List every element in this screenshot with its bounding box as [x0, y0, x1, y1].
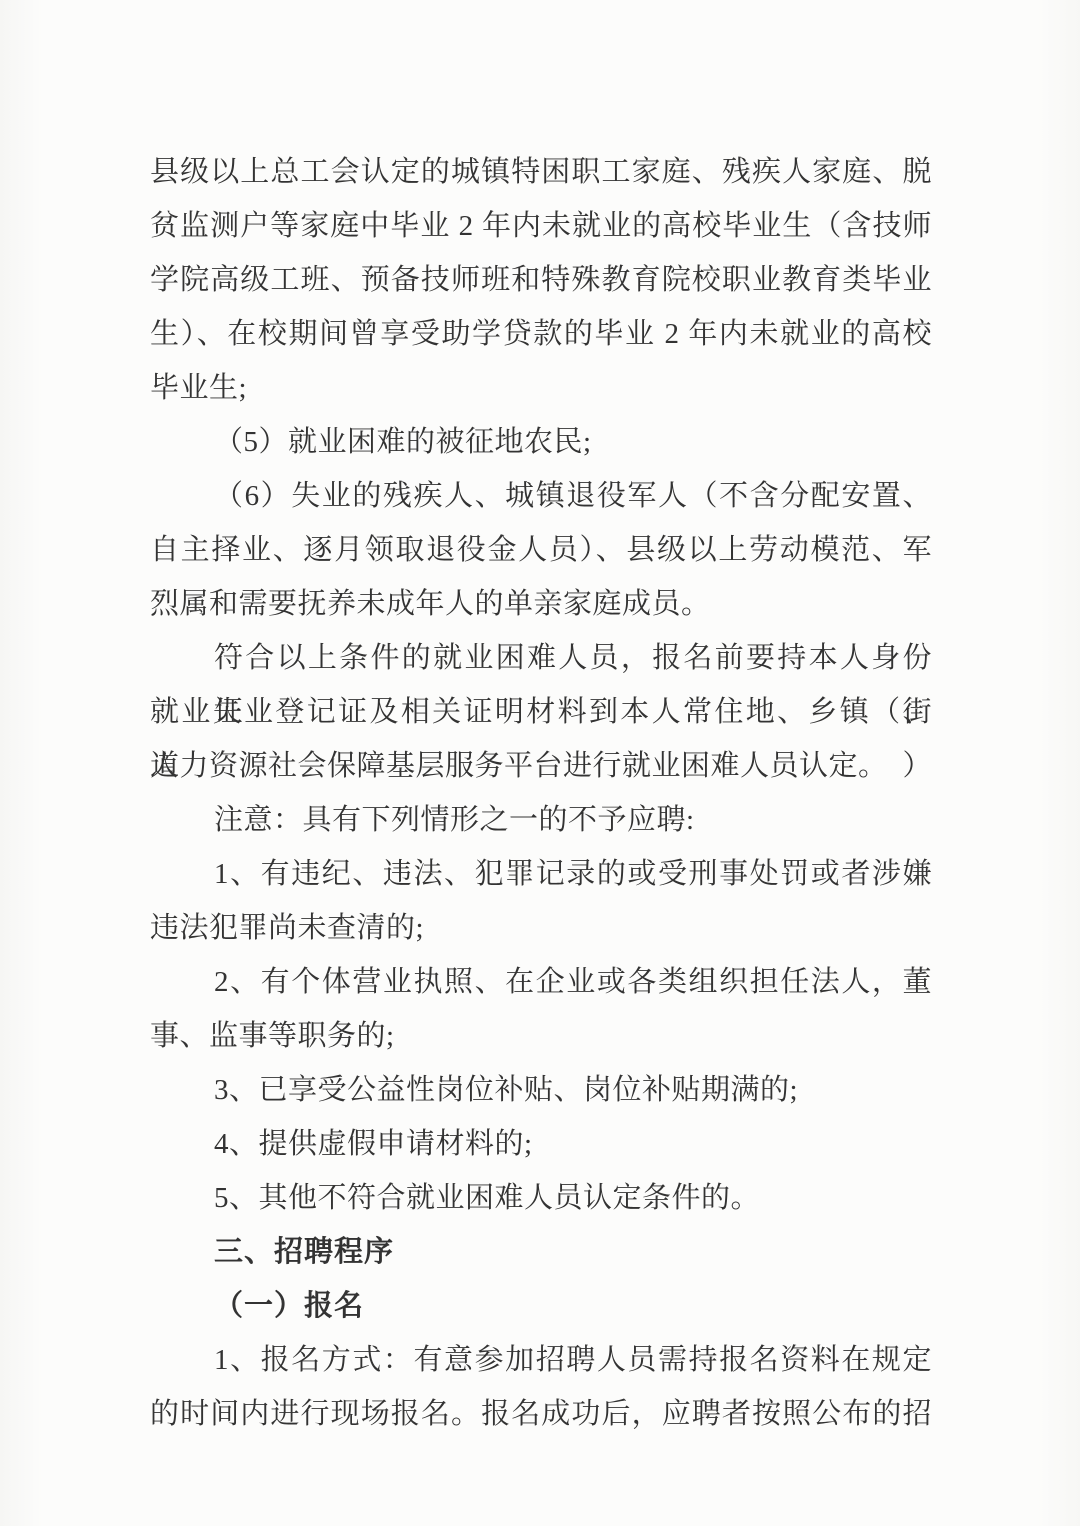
text-line: 1、报名方式：有意参加招聘人员需持报名资料在规定 [150, 1333, 932, 1387]
text-line: （6）失业的残疾人、城镇退役军人（不含分配安置、 [150, 469, 932, 523]
text-line: 烈属和需要抚养未成年人的单亲家庭成员。 [150, 577, 932, 631]
text-line: 贫监测户等家庭中毕业 2 年内未就业的高校毕业生（含技师 [150, 199, 932, 253]
text-line: 事、监事等职务的; [150, 1009, 932, 1063]
text-line: 4、提供虚假申请材料的; [150, 1117, 932, 1171]
text-line: 学院高级工班、预备技师班和特殊教育院校职业教育类毕业 [150, 253, 932, 307]
text-line: 生）、在校期间曾享受助学贷款的毕业 2 年内未就业的高校 [150, 307, 932, 361]
heading-line: （一）报名 [150, 1279, 932, 1333]
text-line: 毕业生; [150, 361, 932, 415]
text-line: 自主择业、逐月领取退役金人员）、县级以上劳动模范、军 [150, 523, 932, 577]
text-line: 违法犯罪尚未查清的; [150, 901, 932, 955]
text-line: 符合以上条件的就业困难人员，报名前要持本人身份证、 [150, 631, 932, 685]
document-text-block: 县级以上总工会认定的城镇特困职工家庭、残疾人家庭、脱贫监测户等家庭中毕业 2 年… [150, 145, 932, 1441]
text-line: 2、有个体营业执照、在企业或各类组织担任法人，董 [150, 955, 932, 1009]
text-line: （5）就业困难的被征地农民; [150, 415, 932, 469]
text-line: 县级以上总工会认定的城镇特困职工家庭、残疾人家庭、脱 [150, 145, 932, 199]
text-line: 1、有违纪、违法、犯罪记录的或受刑事处罚或者涉嫌 [150, 847, 932, 901]
text-line: 的时间内进行现场报名。报名成功后，应聘者按照公布的招 [150, 1387, 932, 1441]
text-line: 就业失业登记证及相关证明材料到本人常住地、乡镇（街道） [150, 685, 932, 739]
text-line: 人力资源社会保障基层服务平台进行就业困难人员认定。 [150, 739, 932, 793]
heading-line: 三、招聘程序 [150, 1225, 932, 1279]
text-line: 3、已享受公益性岗位补贴、岗位补贴期满的; [150, 1063, 932, 1117]
text-line: 5、其他不符合就业困难人员认定条件的。 [150, 1171, 932, 1225]
text-line: 注意：具有下列情形之一的不予应聘: [150, 793, 932, 847]
scanned-document-page: 县级以上总工会认定的城镇特困职工家庭、残疾人家庭、脱贫监测户等家庭中毕业 2 年… [0, 0, 1080, 1526]
